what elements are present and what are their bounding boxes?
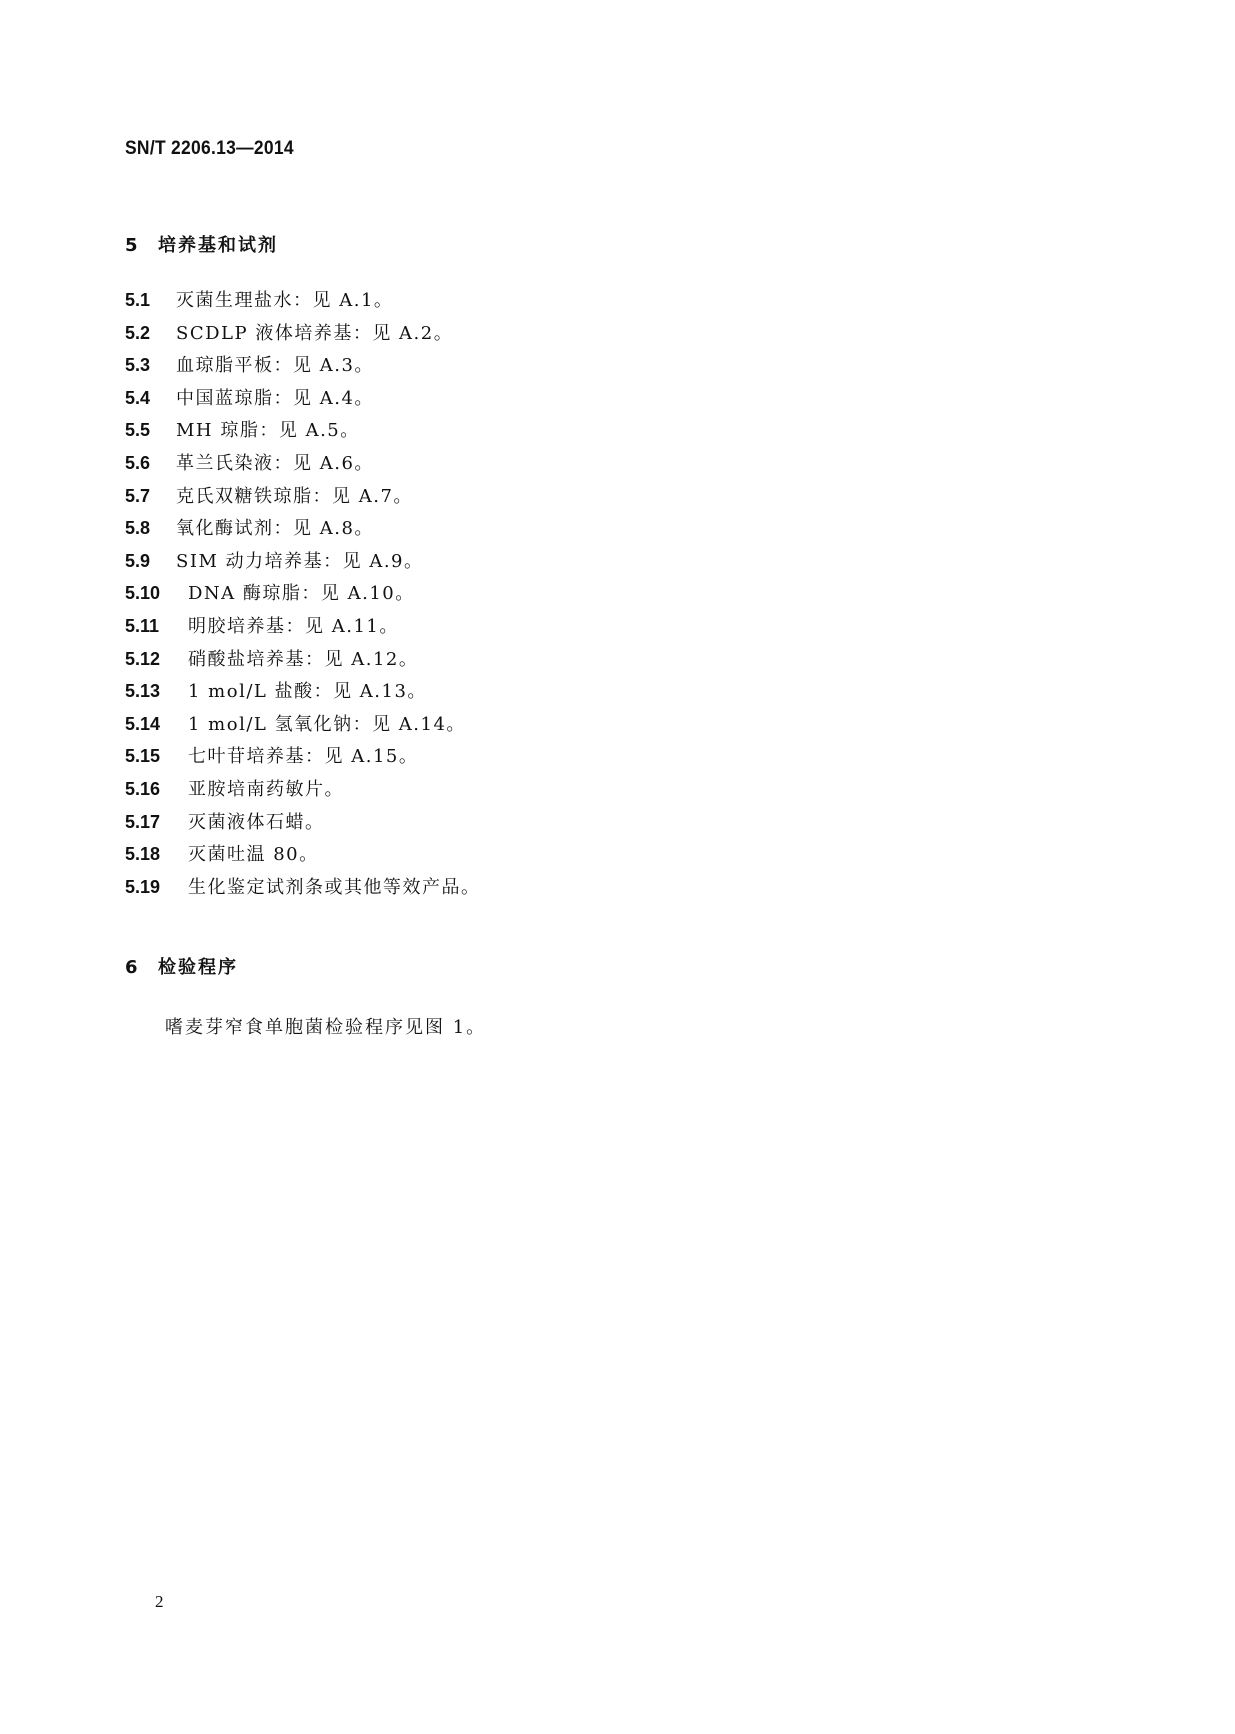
section-6-heading: 6检验程序 xyxy=(125,953,238,979)
item-text: 灭菌生理盐水：见 A.1。 xyxy=(176,290,393,311)
item-number: 5.8 xyxy=(125,516,176,540)
item-text: 灭菌液体石蜡。 xyxy=(188,812,325,833)
procedure-paragraph: 嗜麦芽窄食单胞菌检验程序见图 1。 xyxy=(165,1013,486,1039)
list-item: 5.3血琼脂平板：见 A.3。 xyxy=(125,353,481,386)
list-item: 5.6革兰氏染液：见 A.6。 xyxy=(125,451,481,484)
list-item: 5.7克氏双糖铁琼脂：见 A.7。 xyxy=(125,484,481,517)
item-number: 5.12 xyxy=(125,647,188,671)
list-item: 5.18灭菌吐温 80。 xyxy=(125,842,481,875)
item-text: 血琼脂平板：见 A.3。 xyxy=(176,355,374,376)
list-item: 5.16亚胺培南药敏片。 xyxy=(125,777,481,810)
standard-number-header: SN/T 2206.13—2014 xyxy=(125,138,294,160)
item-text: 革兰氏染液：见 A.6。 xyxy=(176,453,374,474)
item-number: 5.6 xyxy=(125,451,176,475)
item-number: 5.18 xyxy=(125,842,188,866)
item-number: 5.9 xyxy=(125,549,176,573)
item-text: 1 mol/L 盐酸：见 A.13。 xyxy=(188,681,427,702)
item-text: 亚胺培南药敏片。 xyxy=(188,779,344,800)
item-number: 5.4 xyxy=(125,386,176,410)
item-text: 生化鉴定试剂条或其他等效产品。 xyxy=(188,877,481,898)
item-number: 5.15 xyxy=(125,744,188,768)
item-number: 5.1 xyxy=(125,288,176,312)
list-item: 5.11明胶培养基：见 A.11。 xyxy=(125,614,481,647)
list-item: 5.5MH 琼脂：见 A.5。 xyxy=(125,418,481,451)
page-number: 2 xyxy=(155,1592,164,1612)
item-number: 5.14 xyxy=(125,712,188,736)
list-item: 5.12硝酸盐培养基：见 A.12。 xyxy=(125,647,481,680)
list-item: 5.19生化鉴定试剂条或其他等效产品。 xyxy=(125,875,481,908)
reagent-list: 5.1灭菌生理盐水：见 A.1。 5.2SCDLP 液体培养基：见 A.2。 5… xyxy=(125,288,481,907)
item-text: 1 mol/L 氢氧化钠：见 A.14。 xyxy=(188,714,466,735)
item-number: 5.2 xyxy=(125,321,176,345)
item-text: SIM 动力培养基：见 A.9。 xyxy=(176,551,424,572)
item-number: 5.3 xyxy=(125,353,176,377)
section-title: 培养基和试剂 xyxy=(158,235,278,256)
section-5-heading: 5培养基和试剂 xyxy=(125,231,278,257)
section-number: 6 xyxy=(125,957,158,978)
item-text: 氧化酶试剂：见 A.8。 xyxy=(176,518,374,539)
list-item: 5.9SIM 动力培养基：见 A.9。 xyxy=(125,549,481,582)
list-item: 5.2SCDLP 液体培养基：见 A.2。 xyxy=(125,321,481,354)
list-item: 5.141 mol/L 氢氧化钠：见 A.14。 xyxy=(125,712,481,745)
item-number: 5.10 xyxy=(125,581,188,605)
item-text: 硝酸盐培养基：见 A.12。 xyxy=(188,649,418,670)
item-text: 中国蓝琼脂：见 A.4。 xyxy=(176,388,374,409)
item-number: 5.7 xyxy=(125,484,176,508)
item-number: 5.19 xyxy=(125,875,188,899)
item-number: 5.16 xyxy=(125,777,188,801)
item-text: MH 琼脂：见 A.5。 xyxy=(176,420,360,441)
item-text: SCDLP 液体培养基：见 A.2。 xyxy=(176,323,453,344)
list-item: 5.4中国蓝琼脂：见 A.4。 xyxy=(125,386,481,419)
item-number: 5.11 xyxy=(125,614,188,638)
section-title: 检验程序 xyxy=(158,957,238,978)
section-number: 5 xyxy=(125,235,158,256)
list-item: 5.15七叶苷培养基：见 A.15。 xyxy=(125,744,481,777)
list-item: 5.17灭菌液体石蜡。 xyxy=(125,810,481,843)
item-number: 5.13 xyxy=(125,679,188,703)
list-item: 5.131 mol/L 盐酸：见 A.13。 xyxy=(125,679,481,712)
item-text: 七叶苷培养基：见 A.15。 xyxy=(188,746,418,767)
list-item: 5.10DNA 酶琼脂：见 A.10。 xyxy=(125,581,481,614)
item-number: 5.17 xyxy=(125,810,188,834)
item-text: 明胶培养基：见 A.11。 xyxy=(188,616,399,637)
item-number: 5.5 xyxy=(125,418,176,442)
item-text: 灭菌吐温 80。 xyxy=(188,844,319,865)
list-item: 5.1灭菌生理盐水：见 A.1。 xyxy=(125,288,481,321)
item-text: 克氏双糖铁琼脂：见 A.7。 xyxy=(176,486,413,507)
item-text: DNA 酶琼脂：见 A.10。 xyxy=(188,583,415,604)
list-item: 5.8氧化酶试剂：见 A.8。 xyxy=(125,516,481,549)
